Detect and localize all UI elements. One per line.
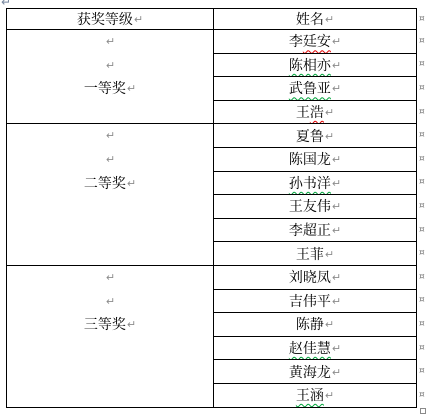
name-text: 王菲 <box>296 248 324 263</box>
name-cell[interactable]: 孙书洋↵ <box>214 171 417 195</box>
name-text: 陈国龙 <box>289 153 331 168</box>
name-cell[interactable]: 李超正↵ <box>214 218 417 242</box>
paragraph-mark-icon: ↵ <box>332 59 341 72</box>
paragraph-mark-icon: ↵ <box>106 295 115 308</box>
row-end-marker-icon: ¤ <box>419 289 428 313</box>
paragraph-mark-icon: ↵ <box>106 271 115 284</box>
paragraph-mark-icon: ↵ <box>325 389 334 402</box>
name-cell[interactable]: 吉伟平↵ <box>214 289 417 313</box>
row-end-marker-icon: ¤ <box>419 123 428 147</box>
name-text: 夏鲁 <box>296 130 324 145</box>
paragraph-mark-icon: ↵ <box>134 13 143 26</box>
paragraph-mark-icon: ↵ <box>332 342 341 355</box>
paragraph-mark-icon: ↵ <box>106 153 115 166</box>
paragraph-mark-icon: ↵ <box>325 318 334 331</box>
award-label: 二等奖 <box>84 177 126 192</box>
name-text-green-wavy: 赵佳慧 <box>289 342 331 357</box>
paragraph-mark-icon: ↵ <box>127 318 136 331</box>
name-cell[interactable]: 黄海龙↵ <box>214 360 417 384</box>
paragraph-mark-icon: ↵ <box>325 248 334 261</box>
name-cell[interactable]: 刘晓凤↵ <box>214 265 417 289</box>
award-level-cell[interactable]: ↵↵二等奖↵ <box>7 124 214 266</box>
name-cell[interactable]: 王浩↵ <box>214 100 417 124</box>
paragraph-mark-icon: ↵ <box>332 177 341 190</box>
row-end-marker-icon: ¤ <box>419 265 428 289</box>
header-cell-award-level[interactable]: 获奖等级↵ <box>7 9 214 30</box>
paragraph-mark-icon: ↵ <box>325 13 334 26</box>
name-text: 陈静 <box>296 318 324 333</box>
name-text: 王 <box>296 106 310 121</box>
paragraph-mark-icon: ↵ <box>106 59 115 72</box>
empty-paragraph-line: ↵ <box>7 266 213 290</box>
name-text: 李 <box>289 35 303 50</box>
row-end-marker-icon: ¤ <box>419 383 428 407</box>
row-end-marker-icon: ¤ <box>419 147 428 171</box>
name-text-green-wavy: 孙书洋 <box>289 177 331 192</box>
name-cell[interactable]: 李廷安↵ <box>214 30 417 54</box>
award-label-line: 三等奖↵ <box>7 313 213 337</box>
row-end-marker-icon: ¤ <box>419 76 428 100</box>
table-resize-handle[interactable] <box>420 408 426 414</box>
name-text-red-wavy: 浩 <box>310 106 324 121</box>
name-text: 刘晓凤 <box>289 271 331 286</box>
name-text: 黄海龙 <box>289 366 331 381</box>
header-row: 获奖等级↵ 姓名↵ <box>7 9 417 30</box>
name-text: 吉伟平 <box>289 295 331 310</box>
header-cell-name[interactable]: 姓名↵ <box>214 9 417 30</box>
row-end-marker-icon: ¤ <box>419 8 428 29</box>
award-table-body: 获奖等级↵ 姓名↵ ↵↵一等奖↵李廷安↵陈相亦↵武鲁亚↵王浩↵↵↵二等奖↵夏鲁↵… <box>7 9 417 408</box>
name-cell[interactable]: 王菲↵ <box>214 242 417 266</box>
empty-paragraph-line: ↵ <box>7 290 213 314</box>
award-label: 三等奖 <box>84 318 126 333</box>
paragraph-mark-icon: ↵ <box>325 106 334 119</box>
name-row: ↵↵二等奖↵夏鲁↵ <box>7 124 417 148</box>
row-end-marker-icon: ¤ <box>419 312 428 336</box>
empty-paragraph-line: ↵ <box>7 54 213 78</box>
header-label-name: 姓名 <box>296 13 324 28</box>
word-document-table-view: ↵ 获奖等级↵ 姓名↵ ↵↵一等奖↵李廷安↵陈相亦↵武鲁亚↵王浩↵↵↵二等奖↵夏… <box>0 0 428 415</box>
paragraph-mark-icon: ↵ <box>332 295 341 308</box>
award-level-cell[interactable]: ↵↵一等奖↵ <box>7 30 214 124</box>
name-text-green-wavy: 武鲁亚 <box>289 82 331 97</box>
header-label-award-level: 获奖等级 <box>77 13 133 28</box>
paragraph-mark-icon: ↵ <box>332 366 341 379</box>
award-label: 一等奖 <box>84 82 126 97</box>
name-cell[interactable]: 陈国龙↵ <box>214 147 417 171</box>
name-cell[interactable]: 陈相亦↵ <box>214 53 417 77</box>
name-cell[interactable]: 赵佳慧↵ <box>214 336 417 360</box>
row-end-markers: ¤¤¤¤¤¤¤¤¤¤¤¤¤¤¤¤¤ <box>419 8 428 407</box>
row-end-marker-icon: ¤ <box>419 336 428 360</box>
row-end-marker-icon: ¤ <box>419 100 428 124</box>
row-end-marker-icon: ¤ <box>419 171 428 195</box>
paragraph-mark-icon: ↵ <box>332 271 341 284</box>
award-table: 获奖等级↵ 姓名↵ ↵↵一等奖↵李廷安↵陈相亦↵武鲁亚↵王浩↵↵↵二等奖↵夏鲁↵… <box>6 8 417 408</box>
name-cell[interactable]: 夏鲁↵ <box>214 124 417 148</box>
paragraph-mark-icon: ↵ <box>127 82 136 95</box>
empty-paragraph-line: ↵ <box>7 148 213 172</box>
name-row: ↵↵三等奖↵刘晓凤↵ <box>7 265 417 289</box>
award-label-line: 二等奖↵ <box>7 172 213 196</box>
paragraph-mark-icon: ↵ <box>332 82 341 95</box>
name-cell[interactable]: 武鲁亚↵ <box>214 77 417 101</box>
empty-paragraph-line: ↵ <box>7 124 213 148</box>
row-end-marker-icon: ¤ <box>419 29 428 53</box>
award-label-line: 一等奖↵ <box>7 77 213 101</box>
name-text: 王友伟 <box>289 200 331 215</box>
name-text: 李超正 <box>289 224 331 239</box>
row-end-marker-icon: ¤ <box>419 359 428 383</box>
name-text-green-wavy: 王涵 <box>296 389 324 404</box>
paragraph-mark-icon: ↵ <box>332 35 341 48</box>
row-end-marker-icon: ¤ <box>419 53 428 77</box>
paragraph-mark-icon: ↵ <box>332 153 341 166</box>
row-end-marker-icon: ¤ <box>419 241 428 265</box>
paragraph-mark-icon: ↵ <box>127 177 136 190</box>
name-row: ↵↵一等奖↵李廷安↵ <box>7 30 417 54</box>
name-text-green-wavy: 陈相亦 <box>289 59 331 74</box>
row-end-marker-icon: ¤ <box>419 194 428 218</box>
name-cell[interactable]: 陈静↵ <box>214 313 417 337</box>
name-cell[interactable]: 王友伟↵ <box>214 195 417 219</box>
paragraph-mark-icon: ↵ <box>106 129 115 142</box>
name-cell[interactable]: 王涵↵ <box>214 383 417 407</box>
row-end-marker-icon: ¤ <box>419 218 428 242</box>
name-text-red-wavy: 廷安 <box>303 35 331 50</box>
paragraph-mark-icon: ↵ <box>332 224 341 237</box>
award-level-cell[interactable]: ↵↵三等奖↵ <box>7 265 214 407</box>
paragraph-mark-icon: ↵ <box>325 130 334 143</box>
paragraph-mark-icon: ↵ <box>106 35 115 48</box>
empty-paragraph-line: ↵ <box>7 30 213 54</box>
paragraph-mark-icon: ↵ <box>332 200 341 213</box>
